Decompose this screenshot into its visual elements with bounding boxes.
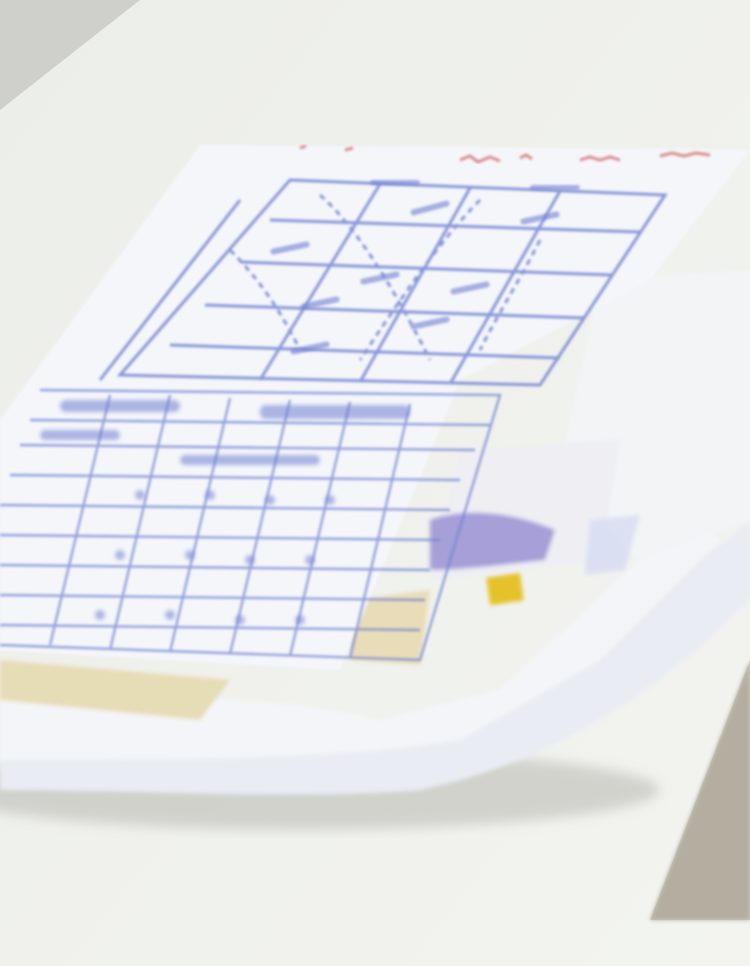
photo-illustration — [0, 0, 750, 966]
yellow-marker — [486, 573, 524, 605]
photo-scene: Close-up photo of a stack of worn handwr… — [0, 0, 750, 966]
